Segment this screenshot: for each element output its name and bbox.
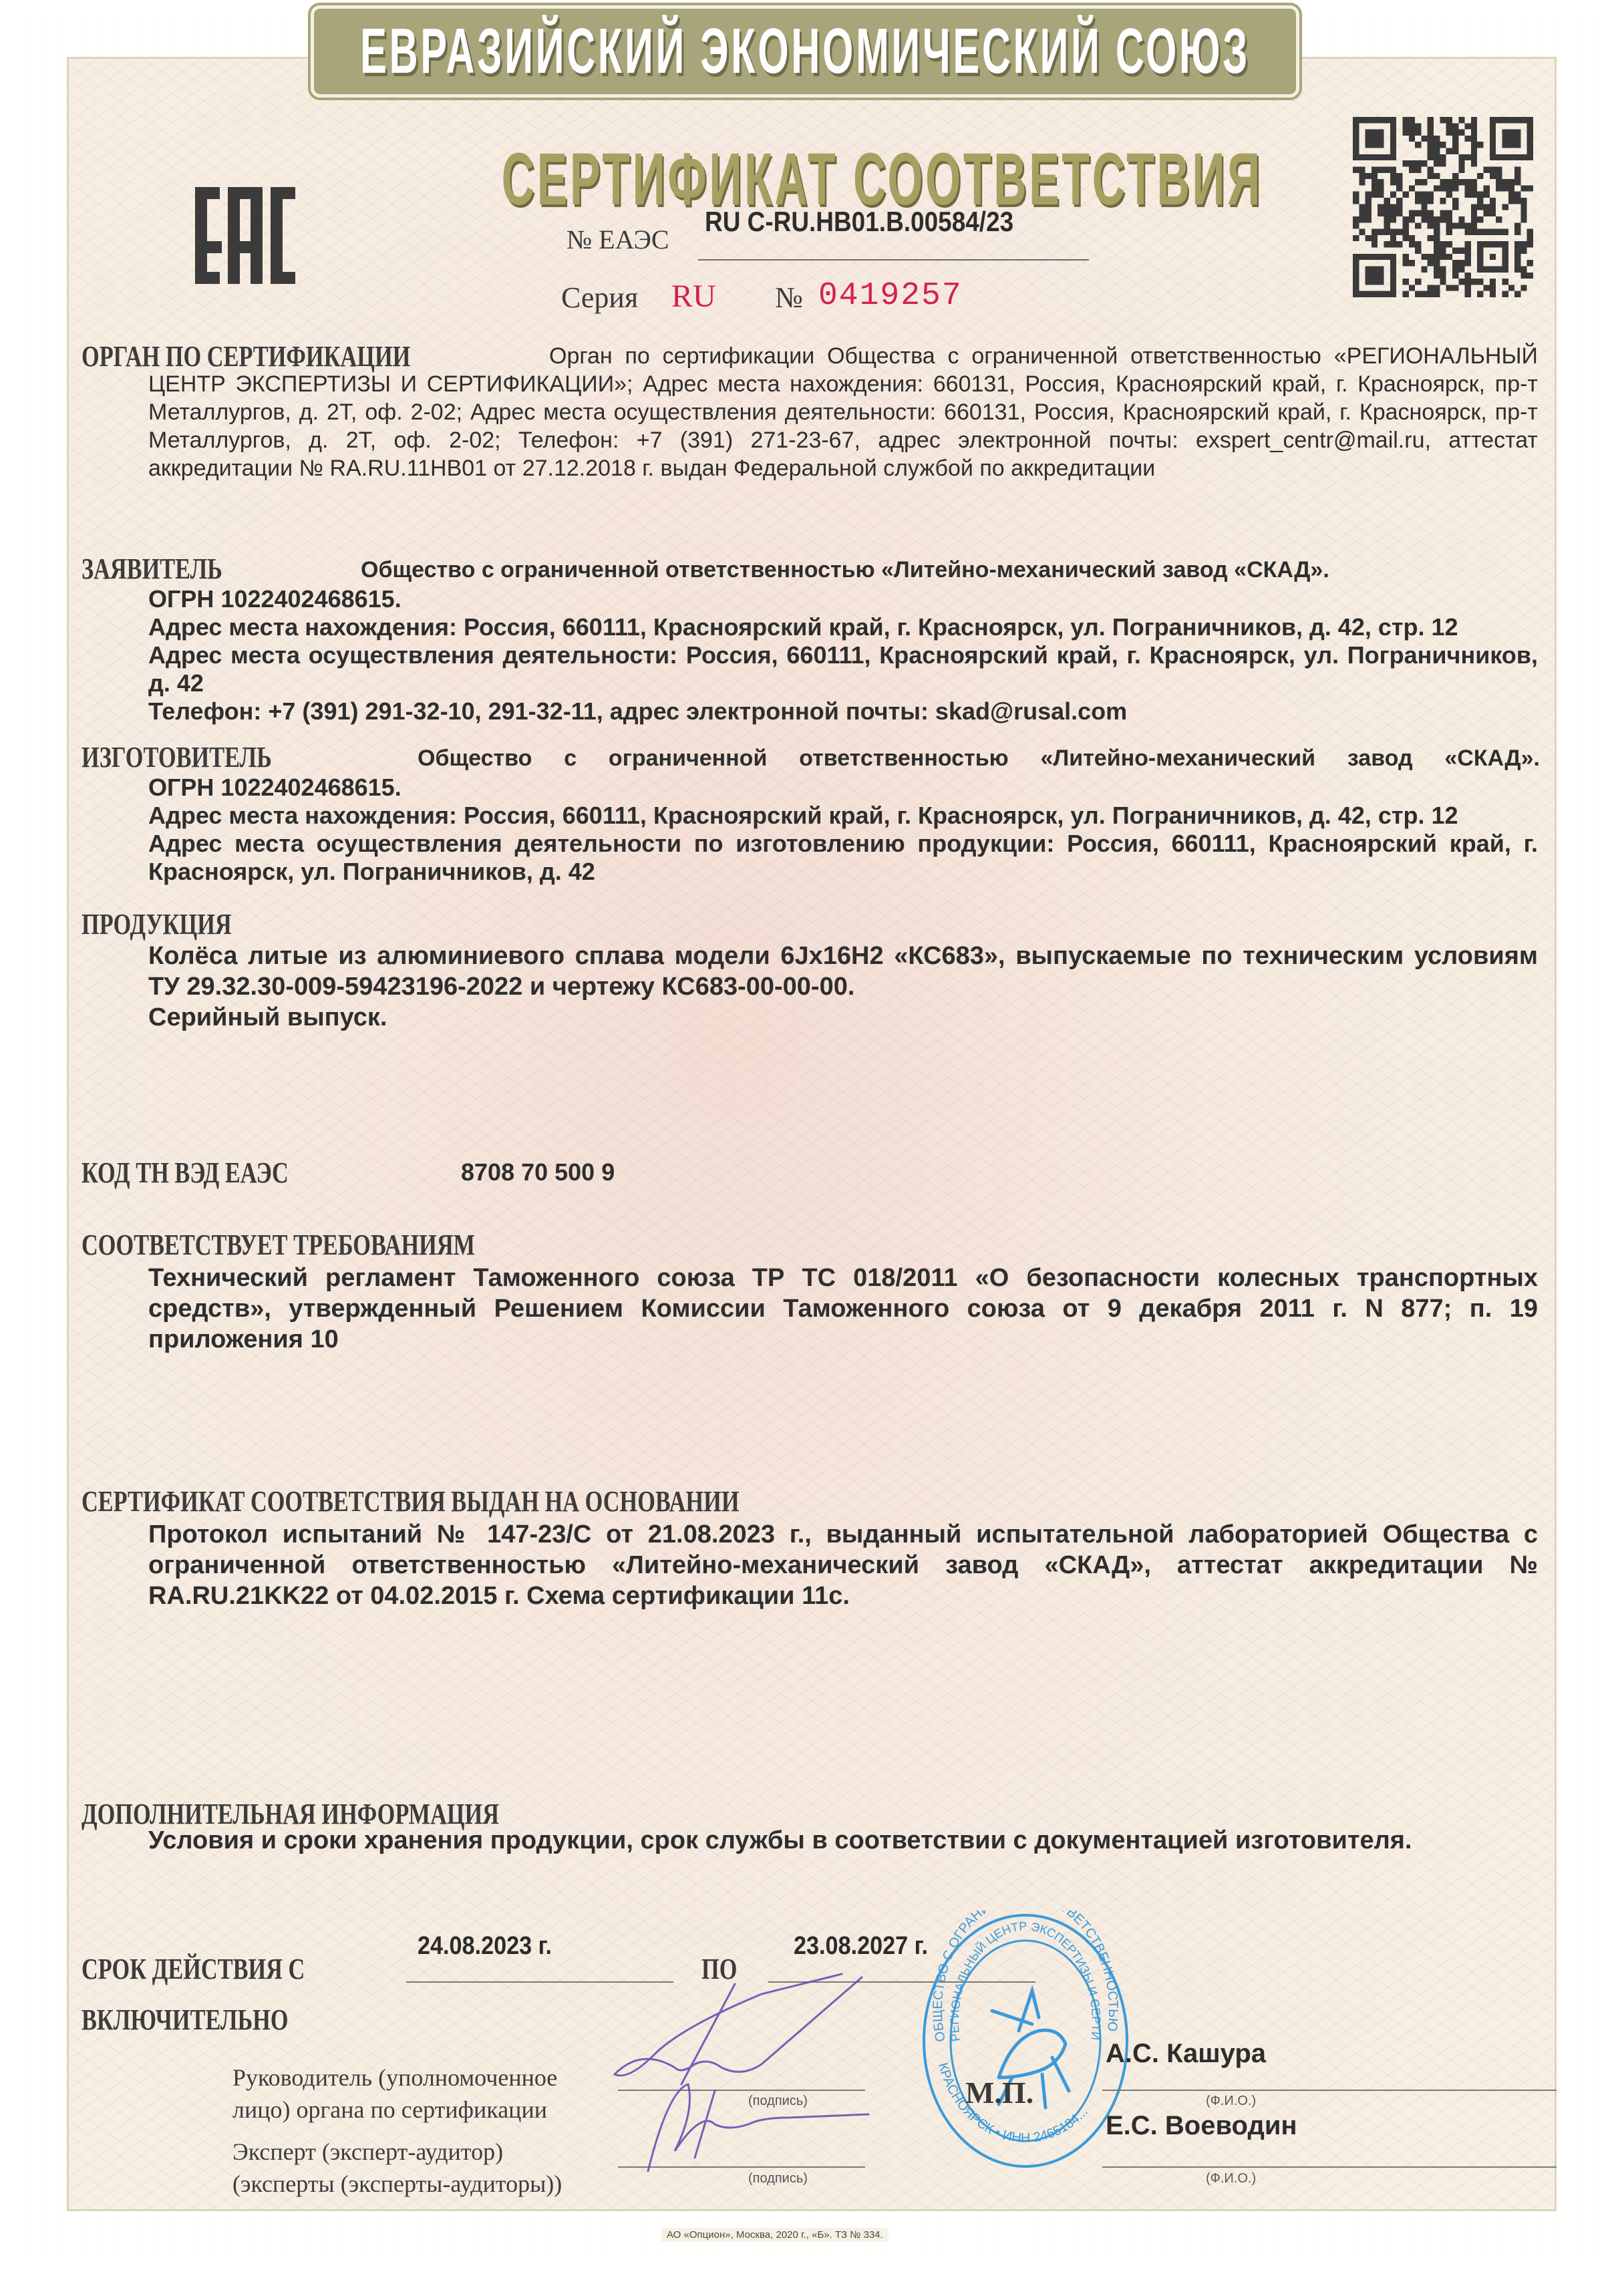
manufacturer-ogrn: ОГРН 1022402468615.: [148, 774, 1538, 802]
blank-number-label: №: [775, 281, 803, 315]
union-name: ЕВРАЗИЙСКИЙ ЭКОНОМИЧЕСКИЙ СОЮЗ: [360, 15, 1250, 88]
applicant-details: ОГРН 1022402468615. Адрес места нахожден…: [148, 585, 1538, 725]
production-type: Серийный выпуск.: [148, 1002, 1538, 1033]
head-signatory-name: А.С. Кашура: [1106, 2039, 1266, 2069]
hs-code-value: 8708 70 500 9: [461, 1158, 615, 1186]
validity-to-date: 23.08.2027 г.: [794, 1932, 928, 1961]
head-name-caption: (Ф.И.О.): [1206, 2094, 1256, 2109]
head-signature-caption: (подпись): [748, 2094, 808, 2109]
basis-heading: СЕРТИФИКАТ СООТВЕТСТВИЯ ВЫДАН НА ОСНОВАН…: [82, 1484, 740, 1518]
series-value: RU: [671, 278, 716, 315]
expert-signature-caption: (подпись): [748, 2171, 808, 2186]
registration-number: RU C-RU.HB01.B.00584/23: [705, 206, 1013, 238]
manufacturer-legal-address: Адрес места нахождения: Россия, 660111, …: [148, 802, 1538, 830]
manufacturer-production-address: Адрес места осуществления деятельности п…: [148, 830, 1538, 886]
product-details: Колёса литые из алюминиевого сплава моде…: [148, 941, 1538, 1033]
validity-from-label: СРОК ДЕЙСТВИЯ С: [82, 1952, 305, 1986]
eac-letter-a: [228, 187, 263, 284]
printer-note: АО «Опцион», Москва, 2020 г., «Б». ТЗ № …: [661, 2228, 889, 2242]
requirements-text: Технический регламент Таможенного союза …: [148, 1263, 1538, 1355]
applicant-name: Общество с ограниченной ответственностью…: [361, 556, 1329, 584]
eac-letter-c: [271, 187, 295, 284]
applicant-activity-address: Адрес места осуществления деятельности: …: [148, 641, 1538, 697]
expert-signatory-name: Е.С. Воеводин: [1106, 2111, 1297, 2141]
certification-body-text: Орган по сертификации Общества с огранич…: [148, 342, 1538, 482]
expert-name-caption: (Ф.И.О.): [1206, 2171, 1256, 2186]
head-signature-line: [618, 2090, 865, 2091]
expert-signatory-label: Эксперт (эксперт-аудитор) (эксперты (экс…: [232, 2136, 562, 2200]
eac-mark-icon: [195, 187, 295, 284]
applicant-legal-address: Адрес места нахождения: Россия, 660111, …: [148, 613, 1538, 641]
additional-info-text: Условия и сроки хранения продукции, срок…: [148, 1825, 1538, 1856]
applicant-contacts: Телефон: +7 (391) 291-32-10, 291-32-11, …: [148, 697, 1538, 725]
validity-from-date: 24.08.2023 г.: [418, 1932, 552, 1961]
qr-code-icon[interactable]: [1353, 117, 1533, 297]
head-name-line: [1102, 2090, 1557, 2091]
registration-label: № ЕАЭС: [567, 224, 669, 255]
series-label: Серия: [561, 281, 638, 315]
seal-place-label: М.П.: [965, 2075, 1033, 2110]
product-heading: ПРОДУКЦИЯ: [82, 907, 232, 941]
manufacturer-heading: ИЗГОТОВИТЕЛЬ: [82, 740, 272, 774]
validity-from-underline: [406, 1981, 673, 1983]
manufacturer-details: ОГРН 1022402468615. Адрес места нахожден…: [148, 774, 1538, 886]
basis-text: Протокол испытаний № 147-23/С от 21.08.2…: [148, 1519, 1538, 1611]
validity-inclusive-label: ВКЛЮЧИТЕЛЬНО: [82, 2003, 289, 2037]
requirements-heading: СООТВЕТСТВУЕТ ТРЕБОВАНИЯМ: [82, 1228, 475, 1262]
eac-letter-e: [195, 187, 220, 284]
registration-underline: [698, 259, 1089, 261]
organization-seal-icon: ОБЩЕСТВО С ОГРАНИЧЕННОЙ ОТВЕТСТВЕННОСТЬЮ…: [919, 1911, 1132, 2171]
applicant-heading: ЗАЯВИТЕЛЬ: [82, 552, 222, 586]
hs-code-heading: КОД ТН ВЭД ЕАЭС: [82, 1156, 289, 1190]
manufacturer-name: Общество с ограниченной ответственностью…: [418, 744, 1540, 772]
applicant-ogrn: ОГРН 1022402468615.: [148, 585, 1538, 613]
head-signatory-label: Руководитель (уполномоченное лицо) орган…: [232, 2062, 557, 2126]
blank-number-value: 0419257: [818, 278, 963, 314]
product-description: Колёса литые из алюминиевого сплава моде…: [148, 941, 1538, 1002]
union-banner: ЕВРАЗИЙСКИЙ ЭКОНОМИЧЕСКИЙ СОЮЗ: [311, 5, 1299, 98]
expert-signature-line: [618, 2166, 865, 2168]
expert-name-line: [1102, 2166, 1557, 2168]
validity-to-label: ПО: [701, 1952, 737, 1986]
